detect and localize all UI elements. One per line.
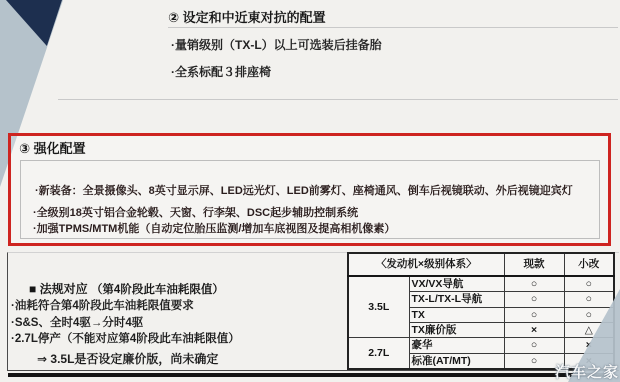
current-value-cell: ○ — [504, 276, 564, 292]
section-2-bullet-spare-tire: ·量销级别（TX-L）以上可选装后挂备胎 — [171, 36, 382, 53]
enhanced-bullet-new-equipment: ·新装备：全景摄像头、8英寸显示屏、LED远光灯、LED前雾灯、座椅通风、倒车后… — [35, 182, 573, 198]
current-value-cell: ○ — [504, 338, 564, 353]
table-header-title: 〈发动机×级别体系〉 — [348, 253, 504, 276]
regulation-bullet-27l-discontinued: ·2.7L停产（不能对应第4阶段此车油耗限值） — [11, 330, 240, 346]
table-header-minor-change: 小改 — [564, 253, 614, 276]
regulation-bullet-4wd: ·S&S、全时4驱→分时4驱 — [11, 314, 143, 330]
enhanced-bullet-tpms-mtm: ·加强TPMS/MTM机能（自动定位胎压监测/增加车底视图及提高相机像素） — [33, 220, 395, 236]
divider-mid-page — [58, 99, 618, 100]
section-2-bullet-3-row-seats: ·全系标配３排座椅 — [171, 63, 271, 80]
regulation-heading-note: （第4阶段此车油耗限值） — [91, 284, 224, 296]
engine-cell-27l: 2.7L — [348, 338, 409, 369]
minor-value-cell: ○ — [564, 292, 614, 307]
regulation-heading: ■ 法规对应 （第4阶段此车油耗限值） — [29, 280, 224, 297]
page-bottom-rule — [8, 373, 612, 377]
current-value-cell: ○ — [504, 292, 564, 307]
minor-value-cell: ○ — [564, 276, 614, 292]
table-row: 3.5L VX/VX导航 ○ ○ — [348, 276, 614, 292]
current-value-cell: ○ — [504, 307, 564, 322]
autohome-watermark: 汽车之家 — [555, 361, 619, 382]
engine-grade-table: 〈发动机×级别体系〉 现款 小改 3.5L VX/VX导航 ○ ○ TX-L/T… — [347, 252, 615, 370]
trim-cell: TX廉价版 — [409, 322, 504, 337]
trim-cell: VX/VX导航 — [409, 276, 504, 292]
regulation-bullet-fuel-limit: ·油耗符合第4阶段此车油耗限值要求 — [11, 297, 194, 313]
regulation-conclusion: ⇒ 3.5L是否设定廉价版，尚未确定 — [37, 350, 218, 367]
section-2-heading: ② 设定和中近東对抗的配置 — [168, 7, 326, 26]
trim-cell: TX — [409, 307, 504, 322]
trim-cell: 豪华 — [409, 338, 504, 353]
section-3-heading: ③ 强化配置 — [19, 138, 86, 157]
table-header-current: 现款 — [504, 253, 564, 276]
document-page: ② 设定和中近東对抗的配置 ·量销级别（TX-L）以上可选装后挂备胎 ·全系标配… — [0, 0, 620, 382]
divider-under-top-heading — [168, 27, 618, 28]
trim-cell: 标准(AT/MT) — [409, 353, 504, 369]
table-row: 2.7L 豪华 ○ × — [348, 338, 614, 353]
current-value-cell: × — [504, 322, 564, 337]
engine-cell-35l: 3.5L — [348, 276, 409, 338]
trim-cell: TX-L/TX-L导航 — [409, 292, 504, 307]
regulation-heading-label: ■ 法规对应 — [29, 282, 88, 296]
enhanced-bullet-wheels-dsc: ·全级别18英寸铝合金轮毂、天窗、行李架、DSC起步辅助控制系统 — [33, 204, 358, 220]
table-header-row: 〈发动机×级别体系〉 现款 小改 — [348, 253, 614, 276]
enhanced-config-highlight-box: ③ 强化配置 ·新装备：全景摄像头、8英寸显示屏、LED远光灯、LED前雾灯、座… — [8, 133, 611, 246]
